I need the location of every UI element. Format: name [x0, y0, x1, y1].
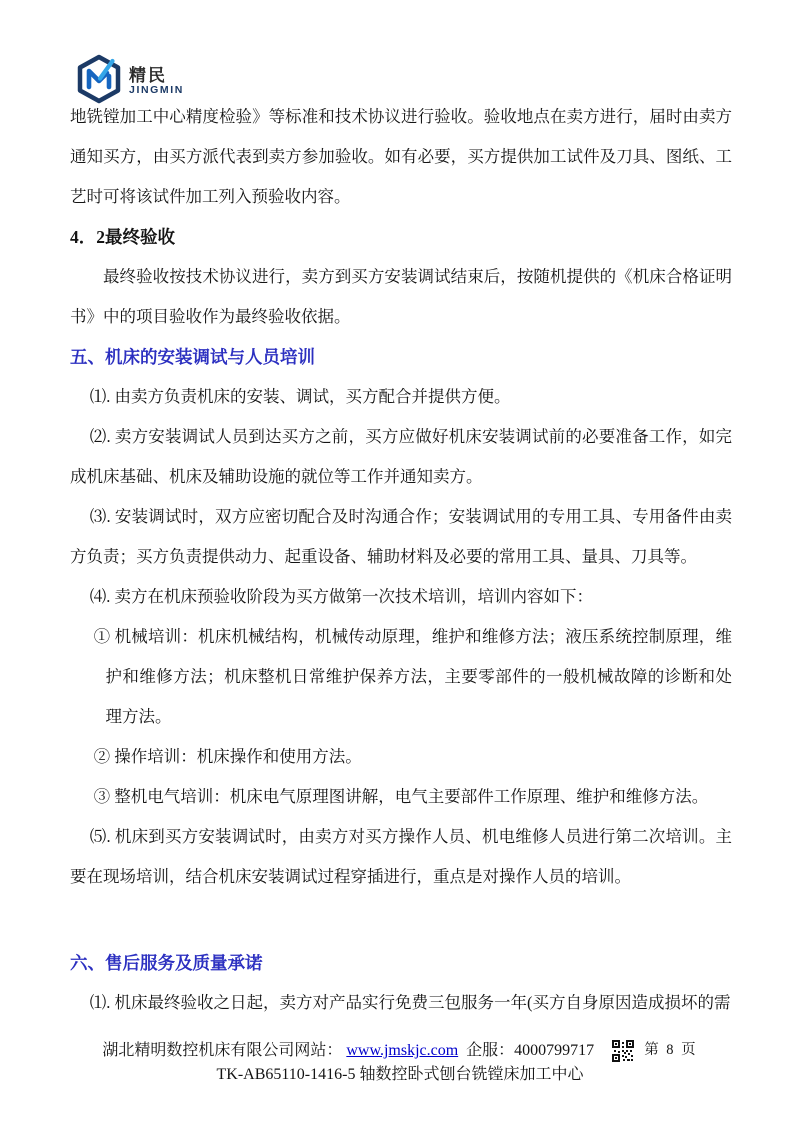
sub-item-training-electrical: ③ 整机电气培训：机床电气原理图讲解，电气主要部件工作原理、维护和维修方法。 [70, 777, 732, 817]
document-body: 地铣镗加工中心精度检验》等标准和技术协议进行验收。验收地点在卖方进行，届时由卖方… [70, 97, 732, 1023]
page-number-label: 第 8 页 [644, 1039, 698, 1062]
list-item-5-3: ⑶. 安装调试时，双方应密切配合及时沟通合作；安装调试用的专用工具、专用备件由卖… [70, 497, 732, 577]
document-page: 精民 JINGMIN 地铣镗加工中心精度检验》等标准和技术协议进行验收。验收地点… [0, 0, 800, 1131]
logo-english-name: JINGMIN [129, 85, 184, 96]
footer-company-website-label: 湖北精明数控机床有限公司网站： [102, 1039, 342, 1062]
list-item-5-4: ⑷. 卖方在机床预验收阶段为买方做第一次技术培训，培训内容如下： [70, 577, 732, 617]
footer-website-link[interactable]: www.jmskjc.com [346, 1039, 458, 1062]
footer-company-line: 湖北精明数控机床有限公司网站：www.jmskjc.com企服：40007997… [0, 1039, 800, 1062]
heading-section-6-after-sales: 六、售后服务及质量承诺 [70, 943, 732, 983]
sub-item-training-operation: ② 操作培训：机床操作和使用方法。 [70, 737, 732, 777]
list-item-5-2: ⑵. 卖方安装调试人员到达买方之前，买方应做好机床安装调试前的必要准备工作，如完… [70, 417, 732, 497]
footer-service-phone: 企服：4000799717 [466, 1039, 594, 1062]
page-footer: 湖北精明数控机床有限公司网站：www.jmskjc.com企服：40007997… [0, 1039, 800, 1086]
paragraph-final-acceptance: 最终验收按技术协议进行，卖方到买方安装调试结束后，按随机提供的《机床合格证明书》… [70, 257, 732, 337]
list-item-6-1: ⑴. 机床最终验收之日起，卖方对产品实行免费三包服务一年(买方自身原因造成损坏的… [70, 983, 732, 1023]
qr-code-icon [612, 1040, 634, 1062]
heading-section-5-installation-training: 五、机床的安装调试与人员培训 [70, 337, 732, 377]
paragraph-acceptance-continuation: 地铣镗加工中心精度检验》等标准和技术协议进行验收。验收地点在卖方进行，届时由卖方… [70, 97, 732, 217]
list-item-5-5: ⑸. 机床到买方安装调试时，由卖方对买方操作人员、机电维修人员进行第二次培训。主… [70, 817, 732, 897]
sub-item-training-mechanical: ① 机械培训：机床机械结构，机械传动原理，维护和维修方法；液压系统控制原理，维护… [70, 617, 732, 737]
list-item-5-1: ⑴. 由卖方负责机床的安装、调试，买方配合并提供方便。 [70, 377, 732, 417]
logo-chinese-name: 精民 [129, 67, 184, 85]
footer-model-line: TK-AB65110-1416-5 轴数控卧式刨台铣镗床加工中心 [0, 1063, 800, 1086]
heading-4-2-final-acceptance: 4．2最终验收 [70, 217, 732, 257]
logo-wordmark: 精民 JINGMIN [129, 67, 184, 96]
